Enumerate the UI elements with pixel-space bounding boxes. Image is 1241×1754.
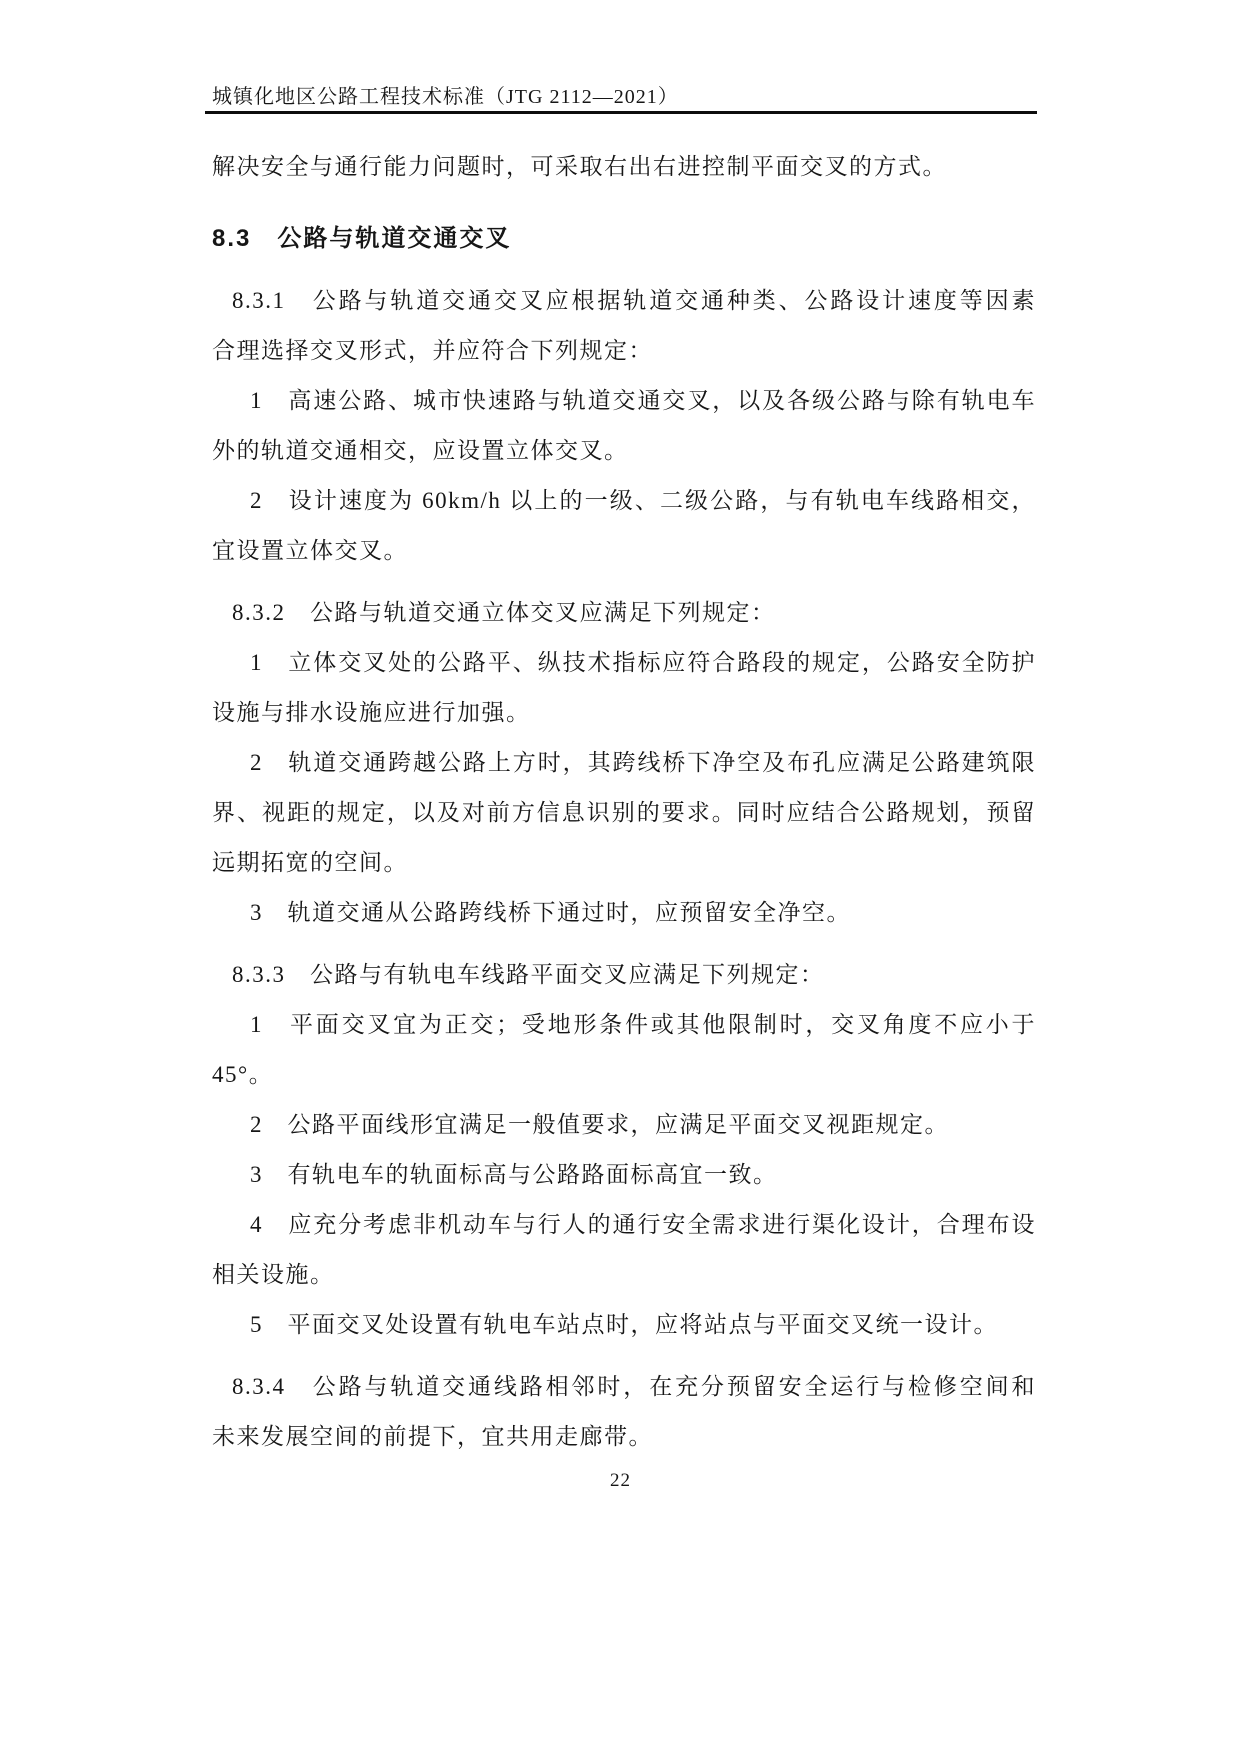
text-line: 宜设置立体交叉。: [212, 526, 1036, 576]
text-line: 未来发展空间的前提下，宜共用走廊带。: [212, 1412, 1036, 1462]
header-rule: [205, 111, 1037, 114]
text-line: 2 公路平面线形宜满足一般值要求，应满足平面交叉视距规定。: [212, 1100, 1036, 1150]
section-heading-text: 8.3 公路与轨道交通交叉: [212, 214, 1036, 264]
text-line: 外的轨道交通相交，应设置立体交叉。: [212, 426, 1036, 476]
text-line: 相关设施。: [212, 1250, 1036, 1300]
clause-8-3-1: 8.3.1 公路与轨道交通交叉应根据轨道交通种类、公路设计速度等因素 合理选择交…: [212, 276, 1036, 376]
document-body: 解决安全与通行能力问题时，可采取右出右进控制平面交叉的方式。 8.3 公路与轨道…: [212, 142, 1036, 1462]
paragraph-continuation: 解决安全与通行能力问题时，可采取右出右进控制平面交叉的方式。: [212, 142, 1036, 192]
text-line: 45°。: [212, 1050, 1036, 1100]
text-line: 8.3.4 公路与轨道交通线路相邻时，在充分预留安全运行与检修空间和: [212, 1362, 1036, 1412]
text-line: 合理选择交叉形式，并应符合下列规定：: [212, 326, 1036, 376]
clause-8-3-2: 8.3.2 公路与轨道交通立体交叉应满足下列规定：: [212, 588, 1036, 638]
text-line: 解决安全与通行能力问题时，可采取右出右进控制平面交叉的方式。: [212, 142, 1036, 192]
clause-8-3-3-item-1: 1 平面交叉宜为正交；受地形条件或其他限制时，交叉角度不应小于 45°。: [212, 1000, 1036, 1100]
clause-8-3-3-item-3: 3 有轨电车的轨面标高与公路路面标高宜一致。: [212, 1150, 1036, 1200]
text-line: 5 平面交叉处设置有轨电车站点时，应将站点与平面交叉统一设计。: [212, 1300, 1036, 1350]
text-line: 8.3.1 公路与轨道交通交叉应根据轨道交通种类、公路设计速度等因素: [212, 276, 1036, 326]
text-line: 4 应充分考虑非机动车与行人的通行安全需求进行渠化设计，合理布设: [212, 1200, 1036, 1250]
clause-8-3-1-item-1: 1 高速公路、城市快速路与轨道交通交叉，以及各级公路与除有轨电车 外的轨道交通相…: [212, 376, 1036, 476]
text-line: 1 立体交叉处的公路平、纵技术指标应符合路段的规定，公路安全防护: [212, 638, 1036, 688]
clause-8-3-2-item-1: 1 立体交叉处的公路平、纵技术指标应符合路段的规定，公路安全防护 设施与排水设施…: [212, 638, 1036, 738]
text-line: 1 高速公路、城市快速路与轨道交通交叉，以及各级公路与除有轨电车: [212, 376, 1036, 426]
clause-8-3-1-item-2: 2 设计速度为 60km/h 以上的一级、二级公路，与有轨电车线路相交， 宜设置…: [212, 476, 1036, 576]
text-line: 2 轨道交通跨越公路上方时，其跨线桥下净空及布孔应满足公路建筑限: [212, 738, 1036, 788]
clause-8-3-2-item-2: 2 轨道交通跨越公路上方时，其跨线桥下净空及布孔应满足公路建筑限 界、视距的规定…: [212, 738, 1036, 888]
section-heading-8-3: 8.3 公路与轨道交通交叉: [212, 214, 1036, 264]
text-line: 远期拓宽的空间。: [212, 838, 1036, 888]
clause-8-3-3-item-4: 4 应充分考虑非机动车与行人的通行安全需求进行渠化设计，合理布设 相关设施。: [212, 1200, 1036, 1300]
page-number: 22: [0, 1470, 1241, 1492]
clause-8-3-3-item-5: 5 平面交叉处设置有轨电车站点时，应将站点与平面交叉统一设计。: [212, 1300, 1036, 1350]
running-header-title: 城镇化地区公路工程技术标准（JTG 2112—2021）: [212, 80, 1036, 109]
text-line: 3 轨道交通从公路跨线桥下通过时，应预留安全净空。: [212, 888, 1036, 938]
text-line: 1 平面交叉宜为正交；受地形条件或其他限制时，交叉角度不应小于: [212, 1000, 1036, 1050]
clause-8-3-3-item-2: 2 公路平面线形宜满足一般值要求，应满足平面交叉视距规定。: [212, 1100, 1036, 1150]
clause-8-3-2-item-3: 3 轨道交通从公路跨线桥下通过时，应预留安全净空。: [212, 888, 1036, 938]
text-line: 界、视距的规定，以及对前方信息识别的要求。同时应结合公路规划，预留: [212, 788, 1036, 838]
text-line: 8.3.2 公路与轨道交通立体交叉应满足下列规定：: [212, 588, 1036, 638]
text-line: 3 有轨电车的轨面标高与公路路面标高宜一致。: [212, 1150, 1036, 1200]
clause-8-3-3: 8.3.3 公路与有轨电车线路平面交叉应满足下列规定：: [212, 950, 1036, 1000]
document-page: 城镇化地区公路工程技术标准（JTG 2112—2021） 解决安全与通行能力问题…: [0, 0, 1241, 1754]
text-line: 设施与排水设施应进行加强。: [212, 688, 1036, 738]
clause-8-3-4: 8.3.4 公路与轨道交通线路相邻时，在充分预留安全运行与检修空间和 未来发展空…: [212, 1362, 1036, 1462]
text-line: 2 设计速度为 60km/h 以上的一级、二级公路，与有轨电车线路相交，: [212, 476, 1036, 526]
text-line: 8.3.3 公路与有轨电车线路平面交叉应满足下列规定：: [212, 950, 1036, 1000]
